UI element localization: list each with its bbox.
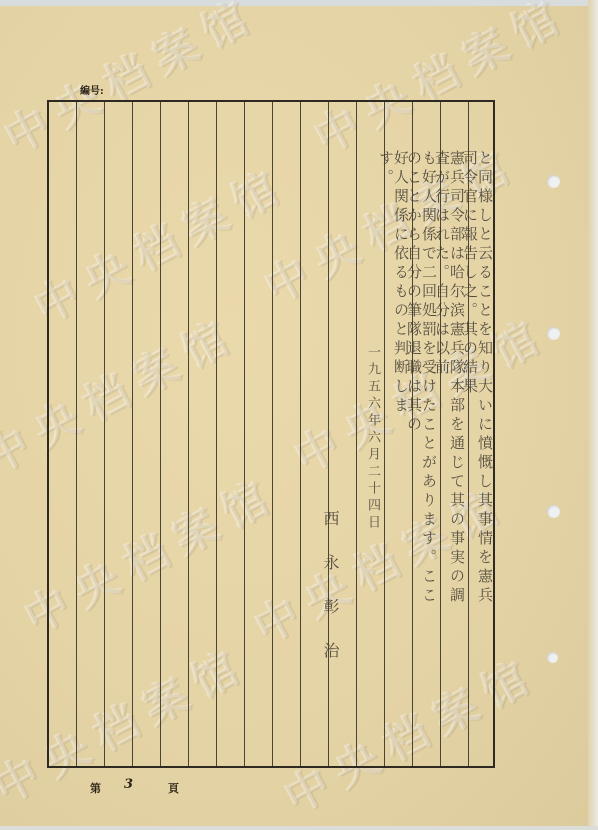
- handwritten-column-4: 好人関係に依るものと判断します。: [378, 150, 408, 450]
- scan-right-border: [588, 0, 598, 830]
- handwritten-signature: 西永彰治: [322, 510, 338, 730]
- grid-column-line: [76, 102, 77, 766]
- page-number: 3: [124, 777, 133, 792]
- code-label: 編号:: [80, 82, 104, 97]
- page-prefix: 第: [90, 780, 101, 796]
- grid-column-line: [104, 102, 105, 766]
- page-suffix: 頁: [168, 780, 179, 796]
- punch-hole: [547, 175, 560, 188]
- handwritten-date: 一九五六年六月二十四日: [366, 345, 379, 545]
- punch-hole: [547, 327, 560, 340]
- grid-column-line: [188, 102, 189, 766]
- punch-hole: [547, 652, 558, 663]
- grid-column-line: [300, 102, 301, 766]
- punch-hole: [547, 505, 560, 518]
- handwritten-column-2: 憲兵司令部は哈尔滨憲兵隊本部を通じて其の事実の調査が行はれた。自分は以前: [434, 150, 464, 610]
- scan-bottom-border: [0, 826, 598, 830]
- grid-column-line: [216, 102, 217, 766]
- handwritten-column-3: も好人関係で二回処罰を受けたことがあります。ここのことから自分の筆隊退職は其の: [406, 150, 436, 610]
- grid-column-line: [160, 102, 161, 766]
- grid-column-line: [132, 102, 133, 766]
- grid-column-line: [272, 102, 273, 766]
- grid-column-line: [356, 102, 357, 766]
- grid-column-line: [244, 102, 245, 766]
- handwritten-column-1: と同様しと云ることを知り大いに憤慨し其事情を憲兵司令官に報告し之。其の結果: [462, 150, 492, 610]
